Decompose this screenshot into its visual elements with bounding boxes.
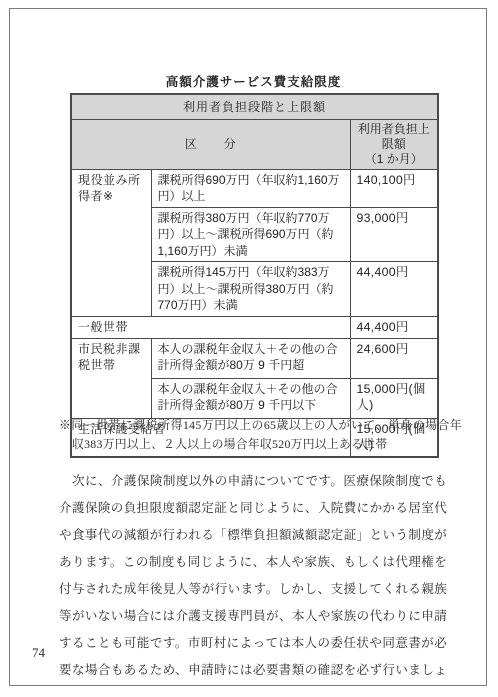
table-caption-cell: 利用者負担段階と上限額 [71,94,438,119]
table-row: 市民税非課税世帯 本人の課税年金収入＋その他の合計所得金額が80万 9 千円超 … [71,338,438,378]
group-cell-working-income: 現役並み所得者※ [71,169,151,316]
column-header-limit-line2: （1 か月） [353,152,436,167]
condition-cell: 課税所得380万円（年収約770万円）以上～課税所得690万円（約1,160万円… [151,207,350,262]
amount-cell: 15,000円(個人) [350,378,438,418]
table-row: 一般世帯 44,400円 [71,316,438,338]
column-header-limit: 利用者負担上限額 （1 か月） [350,119,438,169]
amount-cell: 140,100円 [350,169,438,207]
amount-cell: 24,600円 [350,338,438,378]
scanned-book-page: { "title": "高額介護サービス費支給限度", "table": { "… [0,0,498,697]
table-header-row: 区 分 利用者負担上限額 （1 か月） [71,119,438,169]
group-cell-tax-exempt: 市民税非課税世帯 [71,338,151,418]
group-cell-general-household: 一般世帯 [71,316,350,338]
table-title: 高額介護サービス費支給限度 [70,72,437,90]
benefit-limits-table: 利用者負担段階と上限額 区 分 利用者負担上限額 （1 か月） 現役並み所得者※… [70,93,439,458]
body-paragraph: 次に、介護保険制度以外の申請についてです。医療保険制度でも介護保険の負担限度額認… [59,468,447,680]
table-caption-row: 利用者負担段階と上限額 [71,94,438,119]
column-header-limit-line1: 利用者負担上限額 [353,122,436,152]
table-footnote: ※同一世帯に課税所得145万円以上の65歳以上の人がいて、単身の場合年収383万… [59,416,462,454]
table-row: 現役並み所得者※ 課税所得690万円（年収約1,160万円）以上 140,100… [71,169,438,207]
amount-cell: 93,000円 [350,207,438,262]
amount-cell: 44,400円 [350,316,438,338]
condition-cell: 本人の課税年金収入＋その他の合計所得金額が80万 9 千円超 [151,338,350,378]
column-header-category: 区 分 [71,119,350,169]
condition-cell: 課税所得690万円（年収約1,160万円）以上 [151,169,350,207]
condition-cell: 本人の課税年金収入＋その他の合計所得金額が80万 9 千円以下 [151,378,350,418]
page-number: 74 [32,645,45,661]
amount-cell: 44,400円 [350,262,438,317]
condition-cell: 課税所得145万円（年収約383万円）以上～課税所得380万円（約770万円）未… [151,262,350,317]
